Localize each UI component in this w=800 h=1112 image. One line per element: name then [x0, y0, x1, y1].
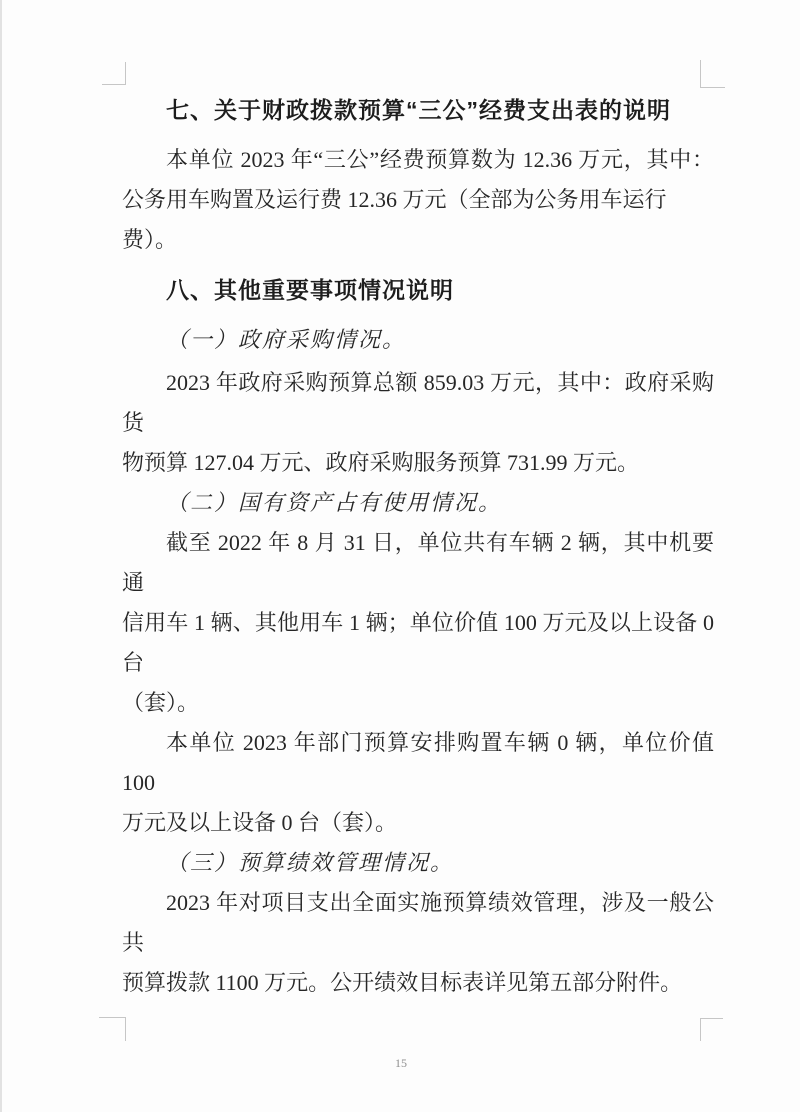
section-8-heading: 八、其他重要事项情况说明	[122, 270, 714, 310]
margin-mark-bottom-left-icon	[99, 1017, 126, 1041]
subsection-2-heading: （二）国有资产占有使用情况。	[122, 483, 714, 523]
paragraph-line: 2023 年政府采购预算总额 859.03 万元，其中：政府采购货	[122, 363, 714, 443]
paragraph-line: 本单位 2023 年“三公”经费预算数为 12.36 万元，其中：	[122, 140, 714, 180]
paragraph-line: 公务用车购置及运行费 12.36 万元（全部为公务用车运行费）。	[122, 180, 714, 260]
subsection-1-heading: （一）政府采购情况。	[122, 320, 714, 360]
paragraph-line: 预算拨款 1100 万元。公开绩效目标表详见第五部分附件。	[122, 963, 714, 1003]
margin-mark-top-left-icon	[102, 62, 126, 85]
paragraph-line: （套）。	[122, 683, 714, 723]
paragraph-line: 物预算 127.04 万元、政府采购服务预算 731.99 万元。	[122, 443, 714, 483]
paragraph-line: 截至 2022 年 8 月 31 日，单位共有车辆 2 辆，其中机要通	[122, 523, 714, 603]
paragraph-line: 万元及以上设备 0 台（套）。	[122, 803, 714, 843]
paragraph-line: 2023 年对项目支出全面实施预算绩效管理，涉及一般公共	[122, 883, 714, 963]
section-7-heading: 七、关于财政拨款预算“三公”经费支出表的说明	[122, 90, 714, 130]
page-number: 15	[2, 1056, 800, 1071]
margin-mark-bottom-right-icon	[700, 1018, 723, 1041]
document-page: 七、关于财政拨款预算“三公”经费支出表的说明 本单位 2023 年“三公”经费预…	[0, 0, 800, 1112]
document-body: 七、关于财政拨款预算“三公”经费支出表的说明 本单位 2023 年“三公”经费预…	[122, 90, 714, 1003]
subsection-3-heading: （三）预算绩效管理情况。	[122, 843, 714, 883]
paragraph-line: 信用车 1 辆、其他用车 1 辆；单位价值 100 万元及以上设备 0 台	[122, 603, 714, 683]
margin-mark-top-right-icon	[700, 60, 725, 88]
paragraph-line: 本单位 2023 年部门预算安排购置车辆 0 辆，单位价值 100	[122, 723, 714, 803]
